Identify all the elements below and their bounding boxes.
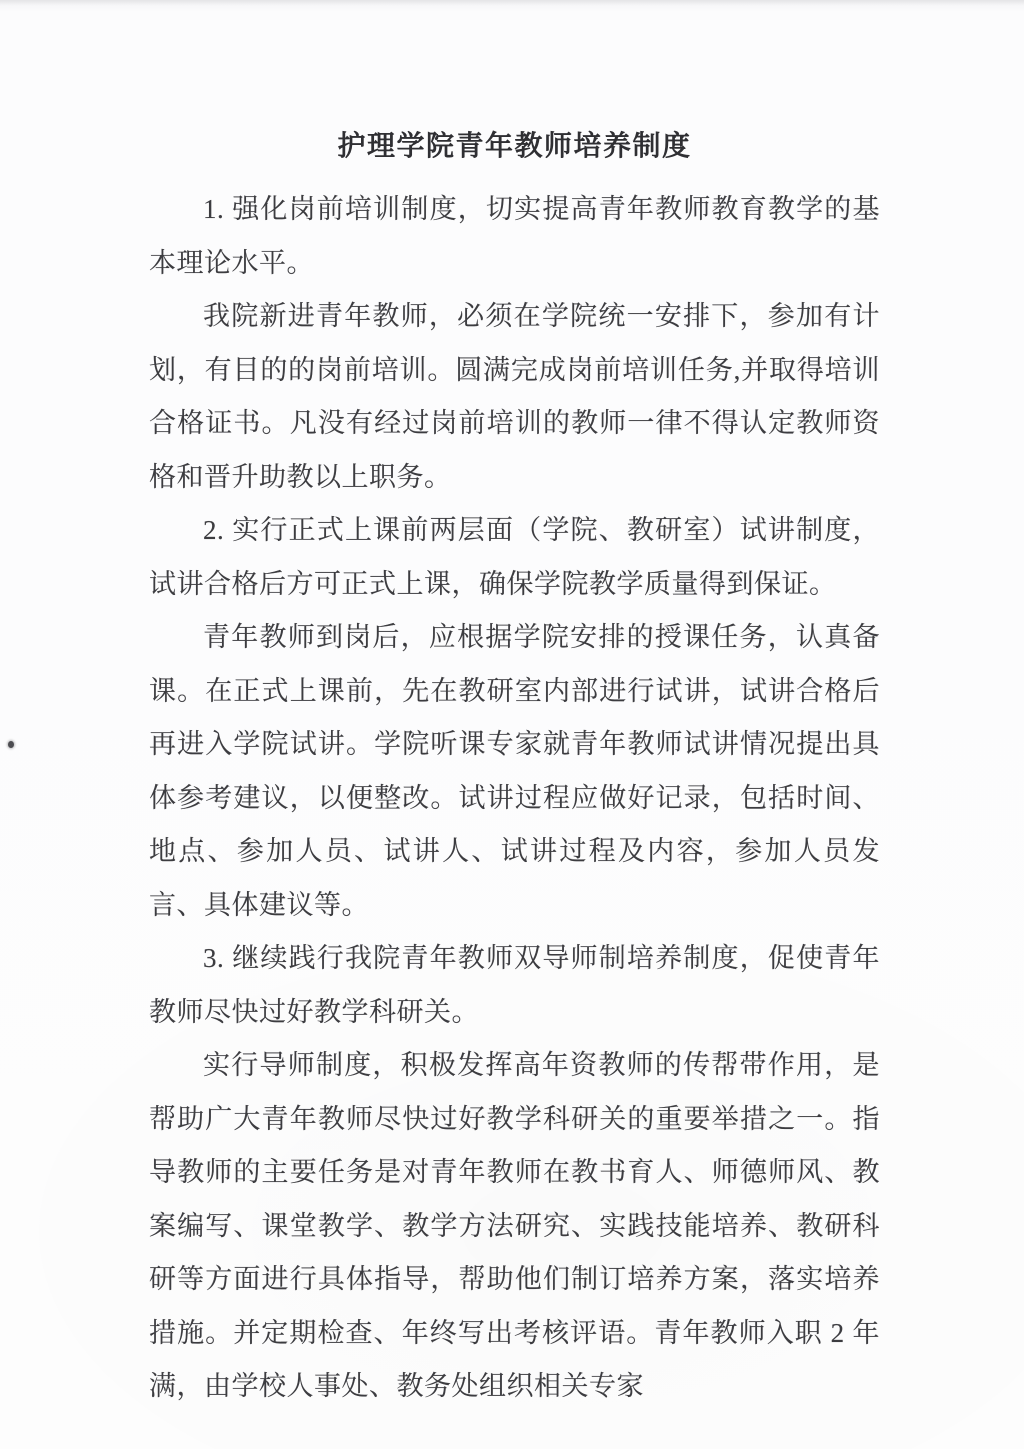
scan-speck [8, 741, 14, 748]
paragraph: 3. 继续践行我院青年教师双导师制培养制度，促使青年教师尽快过好教学科研关。 [149, 932, 880, 1039]
paragraph: 2. 实行正式上课前两层面（学院、教研室）试讲制度，试讲合格后方可正式上课，确保… [149, 504, 880, 611]
document-content: 护理学院青年教师培养制度 1. 强化岗前培训制度，切实提高青年教师教育教学的基本… [149, 124, 880, 1414]
document-body: 1. 强化岗前培训制度，切实提高青年教师教育教学的基本理论水平。我院新进青年教师… [149, 183, 880, 1414]
document-title: 护理学院青年教师培养制度 [149, 124, 880, 170]
scan-edge-shadow [0, 0, 1024, 12]
paragraph: 实行导师制度，积极发挥高年资教师的传帮带作用，是帮助广大青年教师尽快过好教学科研… [149, 1039, 880, 1414]
paragraph: 我院新进青年教师，必须在学院统一安排下，参加有计划，有目的的岗前培训。圆满完成岗… [149, 290, 880, 504]
paragraph: 1. 强化岗前培训制度，切实提高青年教师教育教学的基本理论水平。 [149, 183, 880, 290]
paragraph: 青年教师到岗后，应根据学院安排的授课任务，认真备课。在正式上课前，先在教研室内部… [149, 611, 880, 932]
scanned-document-page: 护理学院青年教师培养制度 1. 强化岗前培训制度，切实提高青年教师教育教学的基本… [0, 0, 1024, 1449]
